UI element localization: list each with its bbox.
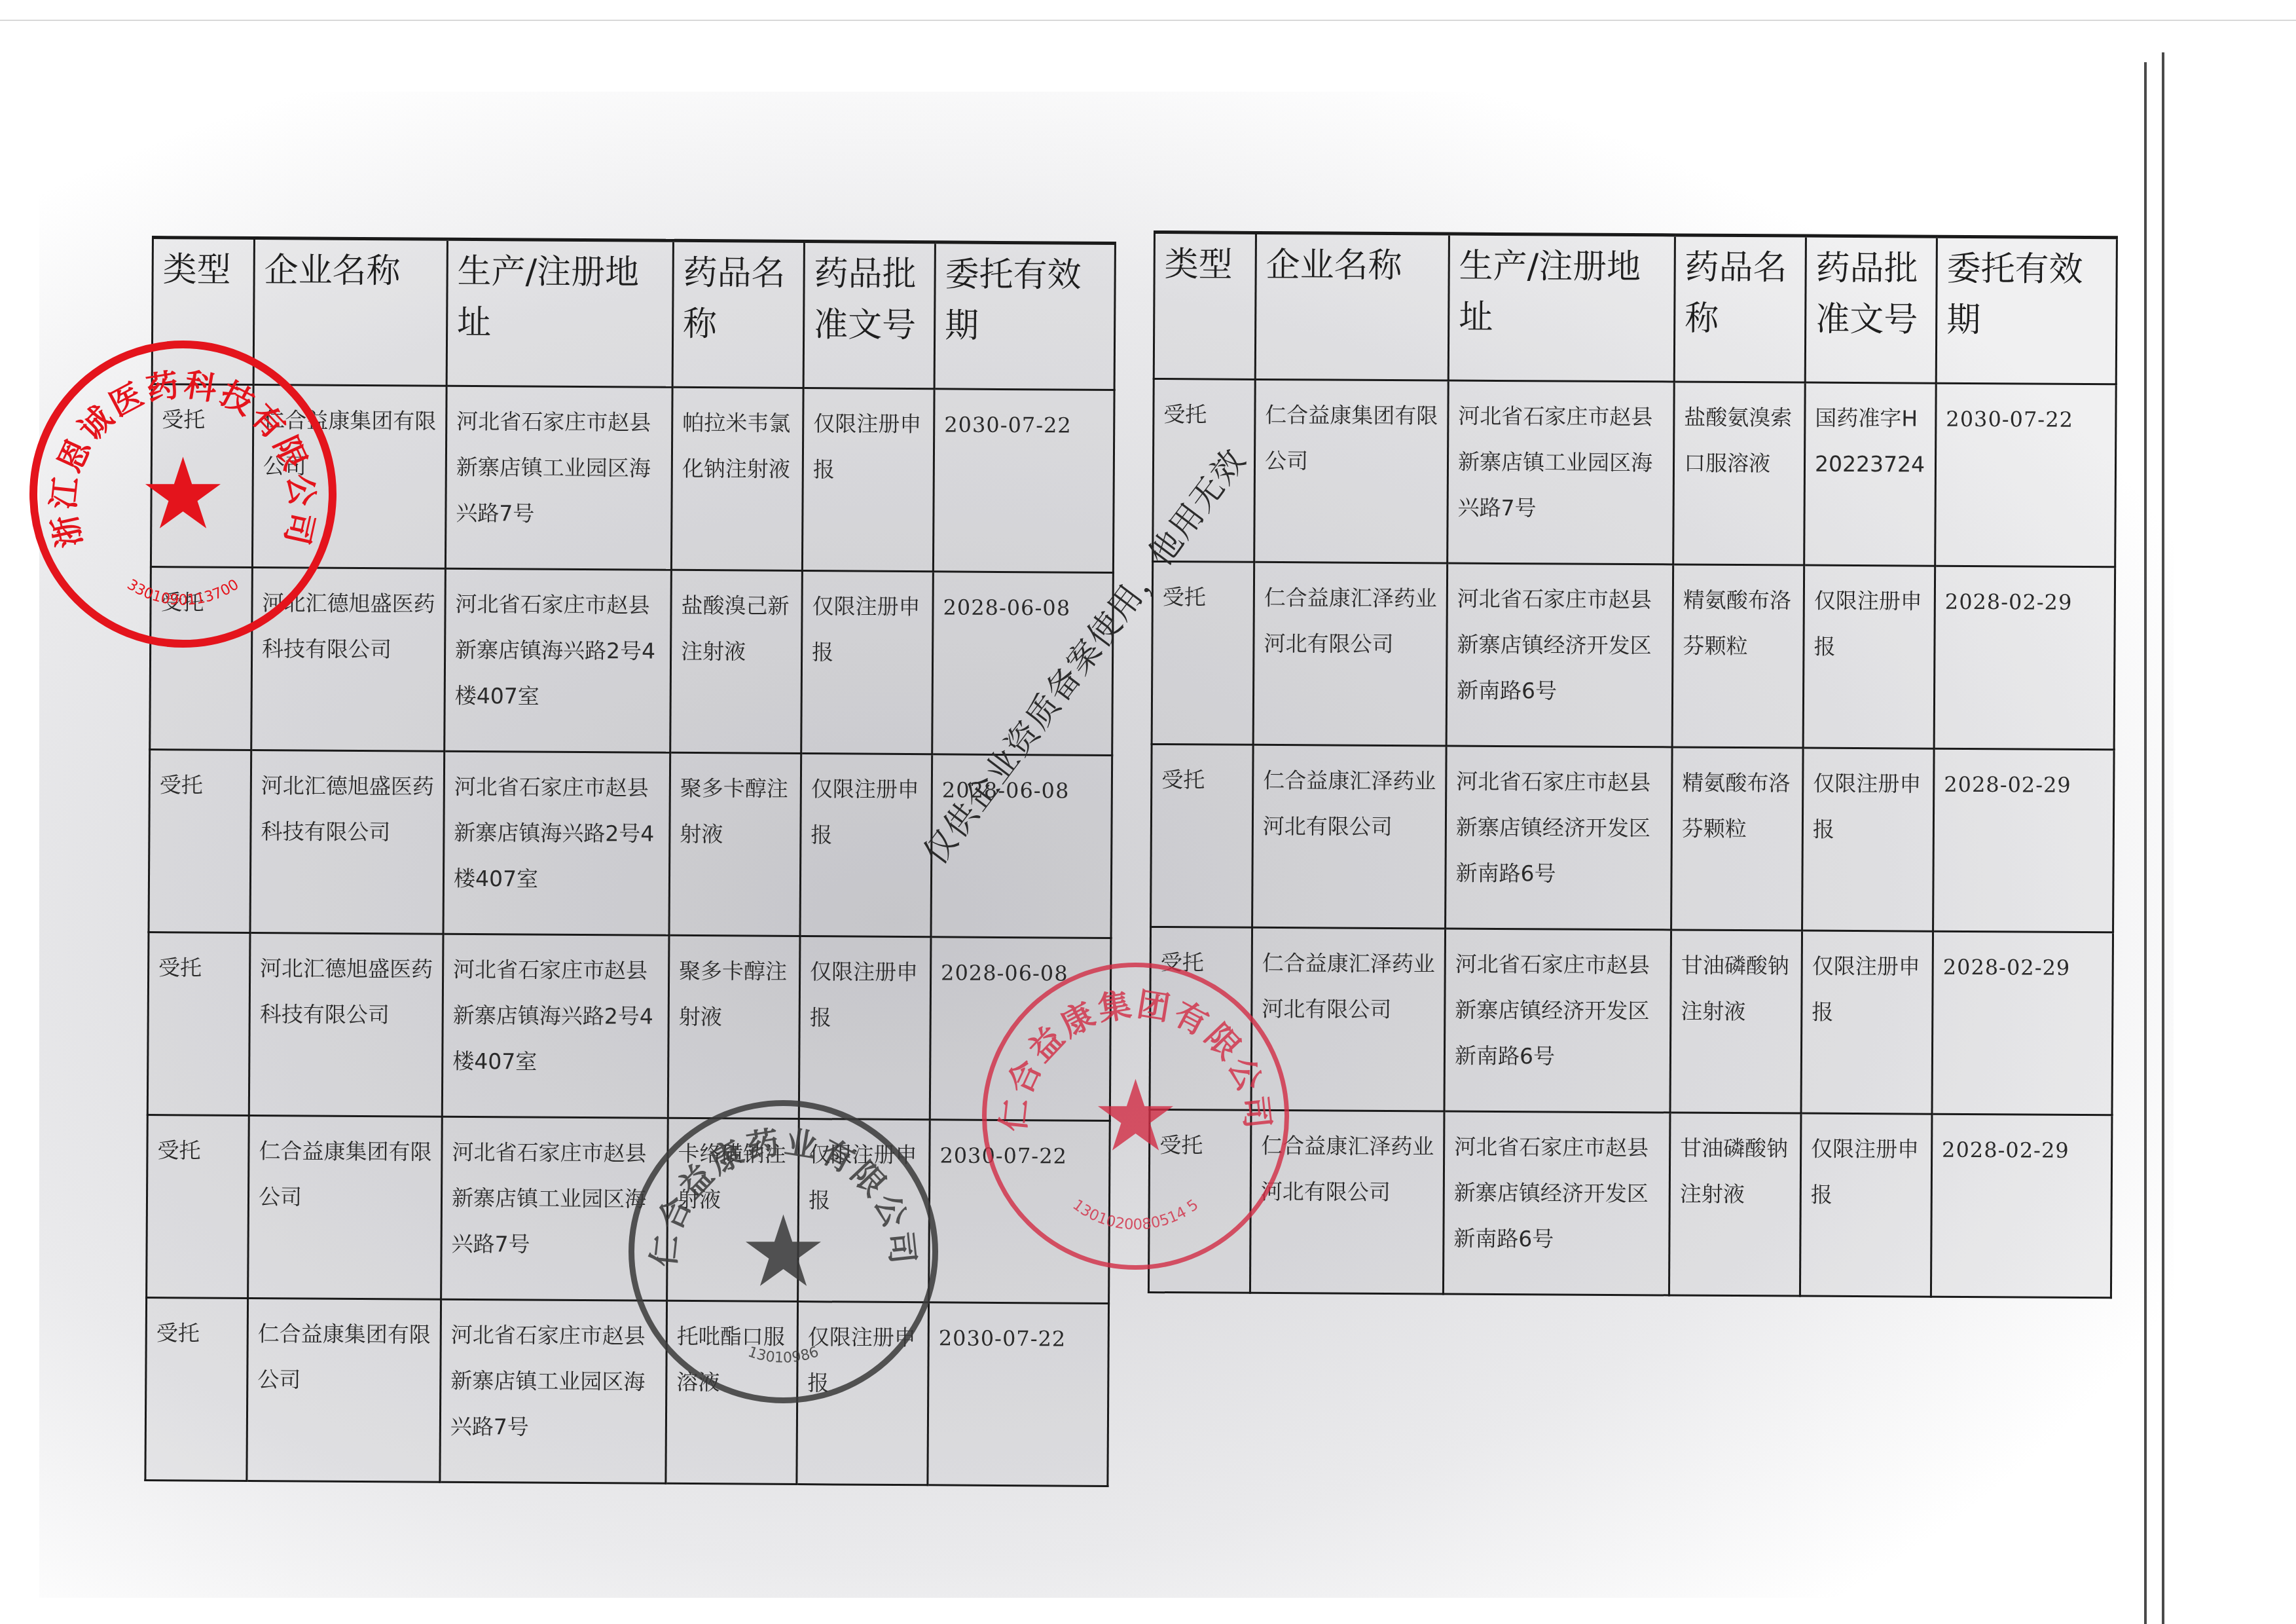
cell-drug-name: 盐酸溴己新注射液 (670, 570, 803, 753)
cell-type: 受托 (145, 1297, 248, 1481)
table-row: 受托河北汇德旭盛医药科技有限公司河北省石家庄市赵县新寨店镇海兴路2号4楼407室… (150, 566, 1114, 755)
cell-valid-until: 2028-06-08 (932, 572, 1114, 756)
cell-valid-until: 2030-07-22 (933, 389, 1114, 573)
table-row: 受托仁合益康汇泽药业河北有限公司河北省石家庄市赵县新寨店镇经济开发区新南路6号甘… (1150, 927, 2113, 1115)
cell-company: 河北汇德旭盛医药科技有限公司 (251, 567, 446, 751)
cell-valid-until: 2028-06-08 (931, 754, 1112, 938)
cell-approval-number: 仅限注册申报 (797, 1302, 929, 1485)
cell-type: 受托 (1151, 744, 1254, 927)
cell-approval-number: 仅限注册申报 (800, 754, 932, 937)
cell-valid-until: 2028-02-29 (1934, 566, 2115, 750)
header-company: 企业名称 (253, 238, 447, 386)
page-top-rule (0, 20, 2296, 21)
header-approval-number: 药品批准文号 (1805, 236, 1937, 383)
cell-drug-name: 甘油磷酸钠注射液 (1670, 930, 1802, 1113)
cell-approval-number: 国药准字H20223724 (1804, 382, 1937, 566)
cell-drug-name: 托吡酯口服溶液 (666, 1301, 798, 1484)
cell-valid-until: 2028-02-29 (1932, 931, 2113, 1115)
cell-type: 受托 (150, 566, 253, 750)
cell-valid-until: 2030-07-22 (929, 1120, 1110, 1304)
table-row: 受托河北汇德旭盛医药科技有限公司河北省石家庄市赵县新寨店镇海兴路2号4楼407室… (147, 932, 1111, 1120)
table-row: 受托河北汇德旭盛医药科技有限公司河北省石家庄市赵县新寨店镇海兴路2号4楼407室… (149, 749, 1112, 938)
cell-approval-number: 仅限注册申报 (1801, 931, 1933, 1114)
cell-valid-until: 2028-02-29 (1933, 748, 2115, 932)
cell-company: 仁合益康集团有限公司 (248, 1115, 443, 1299)
cell-address: 河北省石家庄市赵县新寨店镇海兴路2号4楼407室 (443, 751, 670, 935)
table-row: 受托仁合益康集团有限公司河北省石家庄市赵县新寨店镇工业园区海兴路7号托吡酯口服溶… (145, 1297, 1109, 1486)
cell-address: 河北省石家庄市赵县新寨店镇工业园区海兴路7号 (440, 1299, 667, 1483)
table-row: 受托仁合益康汇泽药业河北有限公司河北省石家庄市赵县新寨店镇经济开发区新南路6号甘… (1148, 1109, 2112, 1297)
cell-approval-number: 仅限注册申报 (1800, 1113, 1932, 1297)
header-company: 企业名称 (1255, 232, 1449, 380)
cell-drug-name: 精氨酸布洛芬颗粒 (1671, 747, 1804, 931)
table-row: 受托仁合益康集团有限公司河北省石家庄市赵县新寨店镇工业园区海兴路7号卡络磺钠注射… (147, 1115, 1110, 1303)
cell-address: 河北省石家庄市赵县新寨店镇海兴路2号4楼407室 (445, 568, 672, 752)
cell-company: 仁合益康集团有限公司 (1254, 379, 1449, 563)
page-edge-line (2162, 52, 2164, 1624)
cell-address: 河北省石家庄市赵县新寨店镇经济开发区新南路6号 (1444, 929, 1671, 1113)
table-header-row: 类型 企业名称 生产/注册地址 药品名称 药品批准文号 委托有效期 (152, 238, 1115, 390)
cell-company: 河北汇德旭盛医药科技有限公司 (249, 932, 443, 1116)
cell-address: 河北省石家庄市赵县新寨店镇工业园区海兴路7号 (445, 386, 672, 570)
cell-address: 河北省石家庄市赵县新寨店镇工业园区海兴路7号 (1448, 380, 1675, 564)
cell-company: 仁合益康集团有限公司 (252, 384, 446, 568)
cell-address: 河北省石家庄市赵县新寨店镇工业园区海兴路7号 (441, 1116, 668, 1301)
cell-valid-until: 2028-06-08 (930, 937, 1111, 1121)
cell-type: 受托 (1152, 562, 1254, 745)
table-row: 受托仁合益康集团有限公司河北省石家庄市赵县新寨店镇工业园区海兴路7号盐酸氨溴索口… (1153, 379, 2117, 567)
cell-drug-name: 甘油磷酸钠注射液 (1669, 1113, 1801, 1296)
cell-company: 仁合益康汇泽药业河北有限公司 (1252, 745, 1447, 929)
header-valid-until: 委托有效期 (1936, 236, 2117, 384)
cell-drug-name: 卡络磺钠注射液 (667, 1118, 799, 1301)
cell-type: 受托 (1148, 1109, 1251, 1293)
cell-drug-name: 精氨酸布洛芬颗粒 (1672, 564, 1804, 748)
cell-valid-until: 2030-07-22 (928, 1302, 1109, 1486)
cell-drug-name: 帕拉米韦氯化钠注射液 (671, 387, 803, 570)
header-drug-name: 药品名称 (1674, 235, 1806, 382)
cell-drug-name: 聚多卡醇注射液 (669, 752, 801, 936)
cell-company: 仁合益康汇泽药业河北有限公司 (1250, 1110, 1444, 1294)
page-edge-line (2144, 62, 2147, 1624)
cell-valid-until: 2028-02-29 (1931, 1114, 2112, 1298)
entrustment-table-left: 类型 企业名称 生产/注册地址 药品名称 药品批准文号 委托有效期 受托仁合益康… (144, 236, 1116, 1487)
table-header-row: 类型 企业名称 生产/注册地址 药品名称 药品批准文号 委托有效期 (1154, 232, 2117, 384)
header-drug-name: 药品名称 (672, 240, 804, 388)
table-row: 受托仁合益康汇泽药业河北有限公司河北省石家庄市赵县新寨店镇经济开发区新南路6号精… (1152, 562, 2115, 750)
header-valid-until: 委托有效期 (934, 242, 1115, 390)
cell-approval-number: 仅限注册申报 (1802, 748, 1935, 931)
cell-type: 受托 (151, 384, 253, 568)
cell-company: 仁合益康集团有限公司 (247, 1298, 441, 1482)
header-address: 生产/注册地址 (1448, 234, 1675, 382)
cell-company: 河北汇德旭盛医药科技有限公司 (250, 750, 445, 934)
cell-approval-number: 仅限注册申报 (802, 388, 934, 572)
table-row: 受托仁合益康汇泽药业河北有限公司河北省石家庄市赵县新寨店镇经济开发区新南路6号精… (1151, 744, 2115, 932)
table-row: 受托仁合益康集团有限公司河北省石家庄市赵县新寨店镇工业园区海兴路7号帕拉米韦氯化… (151, 384, 1114, 573)
cell-drug-name: 聚多卡醇注射液 (668, 935, 800, 1118)
cell-type: 受托 (1153, 379, 1256, 563)
header-address: 生产/注册地址 (446, 239, 673, 387)
cell-address: 河北省石家庄市赵县新寨店镇经济开发区新南路6号 (1446, 563, 1673, 747)
cell-address: 河北省石家庄市赵县新寨店镇经济开发区新南路6号 (1443, 1111, 1670, 1295)
cell-approval-number: 仅限注册申报 (801, 571, 934, 754)
entrustment-table-right: 类型 企业名称 生产/注册地址 药品名称 药品批准文号 委托有效期 受托仁合益康… (1148, 231, 2118, 1299)
cell-approval-number: 仅限注册申报 (798, 1119, 930, 1302)
cell-type: 受托 (147, 932, 250, 1115)
header-type: 类型 (152, 238, 254, 385)
header-type: 类型 (1154, 232, 1256, 380)
cell-type: 受托 (147, 1115, 249, 1298)
cell-approval-number: 仅限注册申报 (1803, 565, 1935, 748)
cell-address: 河北省石家庄市赵县新寨店镇海兴路2号4楼407室 (442, 934, 669, 1118)
cell-type: 受托 (149, 749, 251, 932)
cell-valid-until: 2030-07-22 (1935, 383, 2117, 567)
header-approval-number: 药品批准文号 (803, 242, 935, 389)
cell-company: 仁合益康汇泽药业河北有限公司 (1253, 562, 1448, 746)
cell-approval-number: 仅限注册申报 (799, 936, 931, 1120)
cell-type: 受托 (1150, 927, 1252, 1110)
cell-company: 仁合益康汇泽药业河北有限公司 (1251, 927, 1446, 1111)
cell-address: 河北省石家庄市赵县新寨店镇经济开发区新南路6号 (1446, 746, 1673, 930)
cell-drug-name: 盐酸氨溴索口服溶液 (1673, 382, 1806, 565)
